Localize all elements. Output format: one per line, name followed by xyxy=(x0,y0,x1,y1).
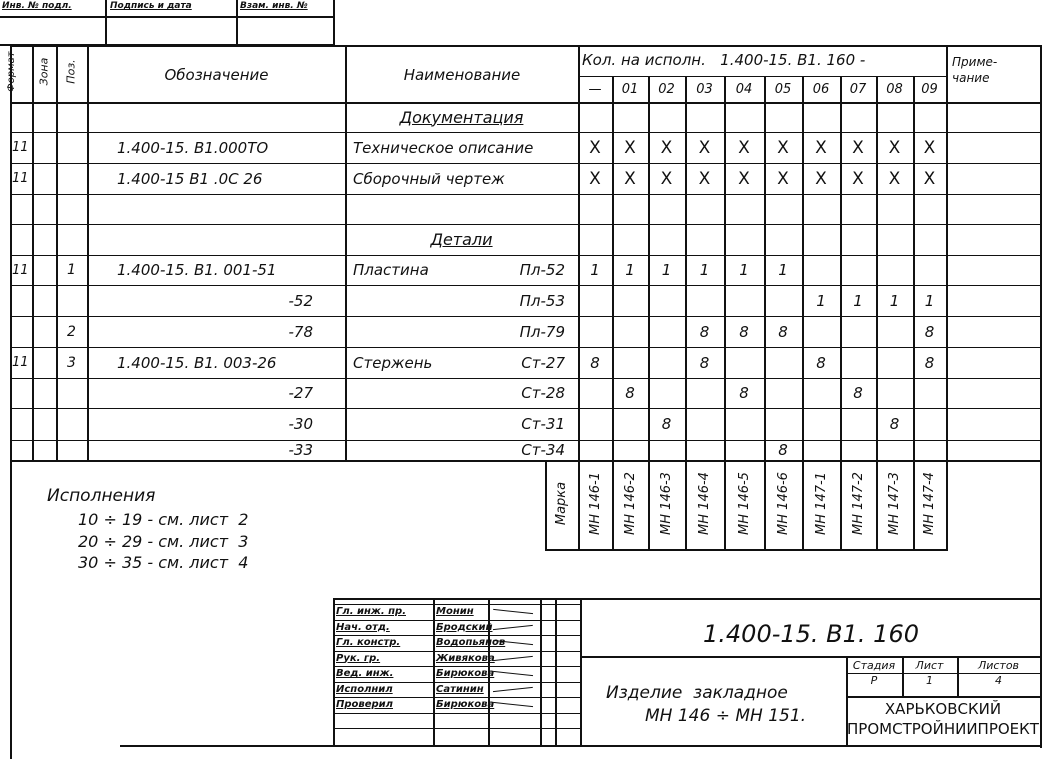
row-quantity xyxy=(578,194,612,224)
row-quantity xyxy=(876,102,913,132)
variants-note-line-1: 10 ÷ 19 - см. лист 2 xyxy=(78,512,248,528)
vertical-rule xyxy=(580,598,582,747)
row-quantity xyxy=(764,378,802,408)
section-title: Документация xyxy=(345,102,578,132)
vertical-rule xyxy=(433,598,435,745)
row-quantity xyxy=(578,440,612,460)
row-name-suffix: Ст-34 xyxy=(485,440,565,460)
row-quantity xyxy=(876,255,913,285)
row-quantity xyxy=(612,102,648,132)
row-name-suffix: Ст-31 xyxy=(485,408,565,440)
header-format: Формат xyxy=(7,52,17,92)
row-quantity xyxy=(648,347,685,378)
row-name: Сборочный чертеж xyxy=(353,163,505,194)
row-name-suffix: Пл-52 xyxy=(485,255,565,285)
horizontal-rule xyxy=(333,666,580,667)
vertical-rule xyxy=(913,460,915,549)
mark-value: МН 146-6 xyxy=(777,459,790,548)
row-position xyxy=(56,132,87,163)
signature-name: Сатинин xyxy=(436,685,484,695)
sheets-label: Листов xyxy=(957,660,1040,671)
row-quantity: 8 xyxy=(764,316,802,347)
header-qty-title: Кол. на исполн. 1.400-15. В1. 160 - xyxy=(582,53,865,68)
row-designation: 1.400-15. В1. 001-51 xyxy=(87,255,345,285)
row-designation: -33 xyxy=(87,440,345,460)
header-variant-0: — xyxy=(578,76,612,102)
row-designation: -78 xyxy=(87,316,345,347)
stage-value: Р xyxy=(846,675,902,686)
row-position: 3 xyxy=(56,347,87,378)
row-position: 2 xyxy=(56,316,87,347)
row-quantity xyxy=(648,102,685,132)
row-quantity xyxy=(764,224,802,255)
vertical-rule xyxy=(840,460,842,549)
signature-role: Гл. констр. xyxy=(336,638,400,648)
row-quantity xyxy=(724,285,764,316)
signature-role: Нач. отд. xyxy=(336,623,390,633)
row-quantity xyxy=(840,316,876,347)
stamp-label-replace: Взам. инв. № xyxy=(240,2,308,11)
row-quantity xyxy=(876,224,913,255)
vertical-rule xyxy=(957,656,959,696)
row-quantity xyxy=(913,102,946,132)
row-designation: 1.400-15 В1 .0С 26 xyxy=(87,163,345,194)
signature-name: Монин xyxy=(436,607,474,617)
product-name-line-1: Изделие закладное xyxy=(606,685,788,702)
row-quantity xyxy=(612,347,648,378)
vertical-rule xyxy=(802,460,804,549)
row-format xyxy=(10,194,34,224)
mark-value: МН 147-3 xyxy=(888,459,901,548)
row-quantity: X xyxy=(724,132,764,163)
horizontal-rule xyxy=(333,682,580,683)
row-quantity xyxy=(840,408,876,440)
row-quantity: 1 xyxy=(578,255,612,285)
header-name: Наименование xyxy=(346,68,578,83)
row-quantity xyxy=(802,440,840,460)
row-position xyxy=(56,285,87,316)
row-quantity xyxy=(648,378,685,408)
row-quantity xyxy=(578,316,612,347)
row-quantity xyxy=(724,440,764,460)
signature-name: Живякова xyxy=(436,654,495,664)
header-variant-7: 07 xyxy=(840,76,876,102)
horizontal-rule xyxy=(333,635,580,636)
row-quantity xyxy=(685,224,724,255)
row-quantity: X xyxy=(685,163,724,194)
variants-note-line-2: 20 ÷ 29 - см. лист 3 xyxy=(78,534,248,550)
row-quantity xyxy=(840,255,876,285)
row-name-suffix: Пл-53 xyxy=(485,285,565,316)
row-quantity: X xyxy=(578,163,612,194)
row-quantity xyxy=(685,102,724,132)
row-position xyxy=(56,440,87,460)
row-quantity: 1 xyxy=(724,255,764,285)
row-format xyxy=(10,224,34,255)
row-quantity xyxy=(724,347,764,378)
row-format xyxy=(10,285,34,316)
row-position xyxy=(56,408,87,440)
row-designation: -52 xyxy=(87,285,345,316)
row-quantity xyxy=(913,378,946,408)
mark-value: МН 147-4 xyxy=(923,459,936,548)
row-quantity xyxy=(802,102,840,132)
horizontal-rule xyxy=(846,673,1042,674)
row-quantity: 1 xyxy=(612,255,648,285)
row-format xyxy=(10,408,34,440)
row-quantity: 8 xyxy=(612,378,648,408)
row-quantity: X xyxy=(913,132,946,163)
row-quantity xyxy=(685,285,724,316)
mark-value: МН 146-2 xyxy=(624,459,637,548)
header-variant-1: 01 xyxy=(612,76,648,102)
horizontal-rule xyxy=(333,713,580,714)
row-quantity: 8 xyxy=(913,316,946,347)
row-quantity xyxy=(876,347,913,378)
row-quantity: 8 xyxy=(724,316,764,347)
row-name-suffix: Ст-27 xyxy=(485,347,565,378)
horizontal-rule xyxy=(545,549,948,551)
row-quantity: 8 xyxy=(578,347,612,378)
row-name: Пластина xyxy=(353,255,429,285)
signature-role: Проверил xyxy=(336,700,393,710)
row-quantity: 1 xyxy=(876,285,913,316)
row-quantity: 8 xyxy=(764,440,802,460)
row-quantity: X xyxy=(876,132,913,163)
signature-name: Бирюкова xyxy=(436,700,494,710)
mark-value: МН 146-3 xyxy=(660,459,673,548)
row-quantity: X xyxy=(648,163,685,194)
vertical-rule xyxy=(876,460,878,549)
stamp-label-inv: Инв. № подл. xyxy=(2,2,72,11)
signature-name: Бирюкова xyxy=(436,669,494,679)
signature-mark xyxy=(493,609,533,616)
horizontal-rule xyxy=(333,604,580,605)
row-quantity xyxy=(612,440,648,460)
row-quantity: 1 xyxy=(648,255,685,285)
row-quantity: 8 xyxy=(840,378,876,408)
vertical-rule xyxy=(545,460,547,549)
signature-mark xyxy=(493,702,533,709)
row-quantity: 1 xyxy=(913,285,946,316)
vertical-rule xyxy=(846,656,848,745)
row-quantity xyxy=(648,440,685,460)
row-format xyxy=(10,378,34,408)
row-quantity: X xyxy=(685,132,724,163)
sheets-value: 4 xyxy=(957,675,1040,686)
row-quantity: X xyxy=(764,163,802,194)
row-quantity xyxy=(802,255,840,285)
row-quantity xyxy=(724,194,764,224)
row-position xyxy=(56,194,87,224)
row-quantity xyxy=(612,194,648,224)
row-quantity: 8 xyxy=(685,347,724,378)
vertical-rule xyxy=(612,460,614,549)
row-quantity xyxy=(840,224,876,255)
row-quantity xyxy=(876,378,913,408)
stage-label: Стадия xyxy=(846,660,902,671)
row-name-suffix xyxy=(485,132,565,163)
horizontal-rule xyxy=(333,598,1042,600)
row-name-suffix xyxy=(485,163,565,194)
row-quantity: X xyxy=(612,132,648,163)
header-zone: Зона xyxy=(39,52,50,92)
organization-line-2: ПРОМСТРОЙНИИПРОЕКТ xyxy=(846,722,1040,737)
row-quantity xyxy=(685,194,724,224)
row-position xyxy=(56,163,87,194)
row-quantity: 1 xyxy=(840,285,876,316)
vertical-rule xyxy=(946,45,948,460)
header-designation: Обозначение xyxy=(88,68,345,83)
row-quantity xyxy=(764,347,802,378)
horizontal-rule xyxy=(580,656,1042,658)
row-quantity xyxy=(876,194,913,224)
row-quantity xyxy=(612,316,648,347)
row-quantity xyxy=(802,408,840,440)
row-quantity xyxy=(724,224,764,255)
vertical-rule xyxy=(724,460,726,549)
sheet-value: 1 xyxy=(902,675,957,686)
vertical-rule xyxy=(685,460,687,549)
mark-value: МН 146-4 xyxy=(698,459,711,548)
row-name-suffix: Пл-79 xyxy=(485,316,565,347)
row-quantity xyxy=(802,378,840,408)
mark-value: МН 147-1 xyxy=(815,459,828,548)
row-quantity: X xyxy=(578,132,612,163)
row-quantity xyxy=(764,408,802,440)
row-designation: -27 xyxy=(87,378,345,408)
row-quantity xyxy=(840,440,876,460)
product-name-line-2: МН 146 ÷ МН 151. xyxy=(645,708,806,725)
row-designation xyxy=(87,102,345,132)
row-quantity: 8 xyxy=(685,316,724,347)
row-quantity xyxy=(612,285,648,316)
row-designation: 1.400-15. В1.000ТО xyxy=(87,132,345,163)
row-quantity xyxy=(685,378,724,408)
row-quantity xyxy=(802,194,840,224)
horizontal-rule xyxy=(846,696,1042,698)
row-quantity xyxy=(876,316,913,347)
row-quantity xyxy=(578,285,612,316)
row-quantity xyxy=(724,408,764,440)
row-quantity xyxy=(764,102,802,132)
row-quantity: X xyxy=(648,132,685,163)
row-designation xyxy=(87,224,345,255)
row-position xyxy=(56,378,87,408)
row-quantity: X xyxy=(802,163,840,194)
signature-mark xyxy=(493,624,533,631)
row-designation: 1.400-15. В1. 003-26 xyxy=(87,347,345,378)
row-quantity: 8 xyxy=(876,408,913,440)
row-quantity xyxy=(578,378,612,408)
row-quantity xyxy=(913,440,946,460)
row-quantity: X xyxy=(724,163,764,194)
horizontal-rule xyxy=(333,651,580,652)
doc-number: 1.400-15. В1. 160 xyxy=(582,622,1040,646)
row-format xyxy=(10,102,34,132)
header-variant-5: 05 xyxy=(764,76,802,102)
vertical-rule xyxy=(648,460,650,549)
row-quantity xyxy=(764,194,802,224)
section-title: Детали xyxy=(345,224,578,255)
row-position xyxy=(56,102,87,132)
row-quantity xyxy=(913,194,946,224)
signature-mark xyxy=(493,686,533,693)
row-quantity xyxy=(578,102,612,132)
row-quantity: X xyxy=(764,132,802,163)
row-position: 1 xyxy=(56,255,87,285)
row-quantity xyxy=(724,102,764,132)
horizontal-rule xyxy=(333,620,580,621)
header-variant-6: 06 xyxy=(802,76,840,102)
row-quantity: 8 xyxy=(648,408,685,440)
header-variant-2: 02 xyxy=(648,76,685,102)
row-format: 11 xyxy=(10,163,34,194)
vertical-rule xyxy=(946,460,948,549)
vertical-rule xyxy=(764,460,766,549)
row-quantity xyxy=(840,347,876,378)
header-variant-9: 09 xyxy=(913,76,946,102)
signature-mark xyxy=(493,655,533,662)
sheet-label: Лист xyxy=(902,660,957,671)
row-name-suffix: Ст-28 xyxy=(485,378,565,408)
row-quantity xyxy=(840,102,876,132)
header-variant-8: 08 xyxy=(876,76,913,102)
row-quantity xyxy=(913,224,946,255)
marks-label: Марка xyxy=(555,459,568,548)
vertical-rule xyxy=(902,656,904,696)
mark-value: МН 146-1 xyxy=(589,459,602,548)
header-note: Приме- чание xyxy=(952,55,997,86)
row-name: Стержень xyxy=(353,347,432,378)
row-quantity xyxy=(648,316,685,347)
vertical-rule xyxy=(555,598,557,745)
header-variant-4: 04 xyxy=(724,76,764,102)
variants-note-title: Исполнения xyxy=(47,488,155,505)
header-variant-3: 03 xyxy=(685,76,724,102)
row-quantity xyxy=(612,224,648,255)
row-designation: -30 xyxy=(87,408,345,440)
signature-role: Вед. инж. xyxy=(336,669,393,679)
row-quantity: X xyxy=(876,163,913,194)
row-quantity xyxy=(913,408,946,440)
row-quantity: 1 xyxy=(802,285,840,316)
header-pos: Поз. xyxy=(66,52,77,92)
organization-line-1: ХАРЬКОВСКИЙ xyxy=(846,702,1040,717)
horizontal-rule xyxy=(333,697,580,698)
row-quantity xyxy=(764,285,802,316)
signature-role: Исполнил xyxy=(336,685,393,695)
row-quantity xyxy=(578,408,612,440)
row-quantity xyxy=(840,194,876,224)
vertical-rule xyxy=(578,460,580,549)
row-quantity: 8 xyxy=(913,347,946,378)
signature-role: Гл. инж. пр. xyxy=(336,607,406,617)
horizontal-rule xyxy=(333,728,580,729)
row-quantity xyxy=(802,316,840,347)
row-quantity: X xyxy=(840,132,876,163)
mark-value: МН 147-2 xyxy=(852,459,865,548)
row-format xyxy=(10,440,34,460)
row-quantity: X xyxy=(612,163,648,194)
row-quantity: X xyxy=(802,132,840,163)
row-quantity: 8 xyxy=(802,347,840,378)
row-quantity xyxy=(913,255,946,285)
row-quantity xyxy=(685,440,724,460)
row-quantity: 8 xyxy=(724,378,764,408)
stamp-label-sign: Подпись и дата xyxy=(110,2,192,11)
row-quantity xyxy=(648,224,685,255)
row-name-suffix xyxy=(485,194,565,224)
row-position xyxy=(56,224,87,255)
horizontal-rule xyxy=(10,45,1042,47)
row-format: 11 xyxy=(10,132,34,163)
row-format xyxy=(10,316,34,347)
mark-value: МН 146-5 xyxy=(738,459,751,548)
row-quantity: X xyxy=(913,163,946,194)
row-quantity: 1 xyxy=(685,255,724,285)
row-quantity xyxy=(876,440,913,460)
signature-role: Рук. гр. xyxy=(336,654,380,664)
variants-note-line-3: 30 ÷ 35 - см. лист 4 xyxy=(78,555,248,571)
signature-name: Бродский xyxy=(436,623,492,633)
vertical-rule xyxy=(540,598,542,745)
row-designation xyxy=(87,194,345,224)
vertical-rule xyxy=(1040,45,1042,748)
row-quantity xyxy=(612,408,648,440)
row-format: 11 xyxy=(10,255,34,285)
row-quantity: 1 xyxy=(764,255,802,285)
row-quantity xyxy=(685,408,724,440)
row-quantity xyxy=(648,194,685,224)
row-quantity xyxy=(648,285,685,316)
row-quantity xyxy=(578,224,612,255)
row-format: 11 xyxy=(10,347,34,378)
row-quantity xyxy=(802,224,840,255)
signature-mark xyxy=(493,671,533,678)
row-quantity: X xyxy=(840,163,876,194)
